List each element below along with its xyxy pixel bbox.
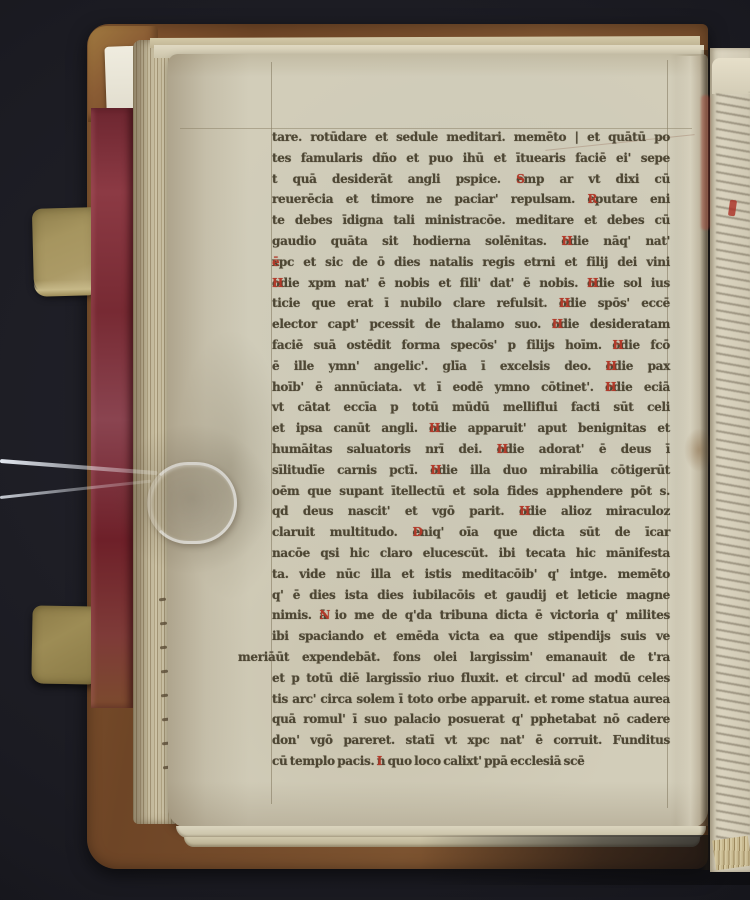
rubric-initial: H bbox=[606, 359, 617, 373]
manuscript-text-line: vt cātat eccīa p totū mūdū melliflui fac… bbox=[272, 400, 670, 421]
facing-page-red-edge-tint bbox=[701, 95, 710, 230]
manuscript-text-line: ē xpc et sic de ō dies natalis regis etr… bbox=[272, 255, 670, 276]
manuscript-text-line: q' ē dies ista dies iubilacōis et gaudij… bbox=[272, 588, 670, 609]
manuscript-text-line: meriāūt expendebāt. fons olei largissim'… bbox=[238, 650, 670, 671]
text-block: tare. rotūdare et sedule meditari. memēt… bbox=[272, 130, 670, 775]
manuscript-text-line: claruit multitudo. Deniq' oīa que dicta … bbox=[272, 525, 670, 546]
rubric-initial: H bbox=[559, 296, 570, 310]
rubric-initial: H bbox=[587, 276, 598, 290]
ruling-line-top bbox=[180, 128, 692, 129]
manuscript-text-line: sīlitudīe carnis pctī. Hodie illa duo mi… bbox=[272, 463, 670, 484]
rubric-initial: H bbox=[612, 338, 623, 352]
rubric-initial: N bbox=[319, 608, 330, 622]
manuscript-text-line: hoīb' ē annūciata. vt ī eodē ymno cōtine… bbox=[272, 380, 670, 401]
manuscript-text-line: don' vgō pareret. statī vt xpc nat' ē co… bbox=[272, 733, 670, 754]
manuscript-text-line: ta. vide nūc illa et istis meditacōib' q… bbox=[272, 567, 670, 588]
rubric-initial: H bbox=[272, 276, 283, 290]
manuscript-text-line: et p totū diē largissīo riuo fluxit. et … bbox=[272, 671, 670, 692]
manuscript-text-line: tis arc' circa solem ī toto orbe apparui… bbox=[272, 692, 670, 713]
manuscript-text-line: humāitas saluatoris nrī dei. Hodie adora… bbox=[272, 442, 670, 463]
rubric-initial: R bbox=[588, 192, 598, 206]
rubric-initial: H bbox=[561, 234, 572, 248]
manuscript-photo: tare. rotūdare et sedule meditari. memēt… bbox=[0, 0, 750, 900]
rubric-initial: I bbox=[377, 754, 382, 768]
manuscript-text-line: nimis. Nā io me de q'da tribuna dicta ē … bbox=[272, 608, 670, 629]
manuscript-text-line: quā romul' ī suo palacio posuerat q' pph… bbox=[272, 712, 670, 733]
manuscript-text-line: t quā desiderāt angli pspice. Semp ar vt… bbox=[272, 172, 670, 193]
manuscript-text-line: oēm que supant ītellectū et sola fides a… bbox=[272, 484, 670, 505]
clasp-strap-bottom bbox=[31, 605, 98, 684]
manuscript-text-line: tes famularis dño et puo ihū et ītuearis… bbox=[272, 151, 670, 172]
rubric-initial: H bbox=[430, 463, 441, 477]
rubric-initial: H bbox=[429, 421, 440, 435]
manuscript-text-line: gaudio quāta sit hodierna solēnitas. Hod… bbox=[272, 234, 670, 255]
manuscript-text-line: qd deus nascit' et vgō parit. Hodie alio… bbox=[272, 504, 670, 525]
manuscript-text-line: ē ille ymn' angelic'. glīa ī excelsis de… bbox=[272, 359, 670, 380]
rubric-initial: H bbox=[519, 504, 530, 518]
facing-page-top-edge bbox=[712, 58, 750, 94]
manuscript-text-line: nacōe qsi hic claro elucescūt. ibi tecat… bbox=[272, 546, 670, 567]
glass-page-weight-loop bbox=[147, 462, 237, 544]
rubric-initial: H bbox=[497, 442, 508, 456]
manuscript-text-line: faciē suā ostēdit forma specōs' p filijs… bbox=[272, 338, 670, 359]
manuscript-text-line: ticie que erat ī nubilo clare refulsit. … bbox=[272, 296, 670, 317]
manuscript-text-line: tare. rotūdare et sedule meditari. memēt… bbox=[272, 130, 670, 151]
rubric-initial: H bbox=[552, 317, 563, 331]
clasp-strap-top bbox=[32, 207, 97, 295]
rubric-initial: H bbox=[605, 380, 616, 394]
manuscript-text-line: ibi spaciando et emēda victa ea que stip… bbox=[272, 629, 670, 650]
spine-red-leather bbox=[91, 108, 134, 708]
manuscript-text-line: et ipsa canūt angli. Hodie apparuit' apu… bbox=[272, 421, 670, 442]
manuscript-text-line: te debes īdigna tali ministracōe. medita… bbox=[272, 213, 670, 234]
rubric-initial: S bbox=[516, 172, 524, 186]
facing-page-bottom-edges bbox=[712, 836, 750, 871]
manuscript-text-line: reuerēcia et timore ne paciar' repulsam.… bbox=[272, 192, 670, 213]
rubric-initial: ē bbox=[272, 255, 279, 269]
manuscript-text-line: elector capt' pcessit de thalamo suo. Ho… bbox=[272, 317, 670, 338]
manuscript-text-line: Hodie xpm nat' ē nobis et fili' dat' ē n… bbox=[272, 276, 670, 297]
rubric-initial: D bbox=[413, 525, 423, 539]
manuscript-text-line: cū templo pacis. In quo loco calixt' ppā… bbox=[272, 754, 670, 775]
